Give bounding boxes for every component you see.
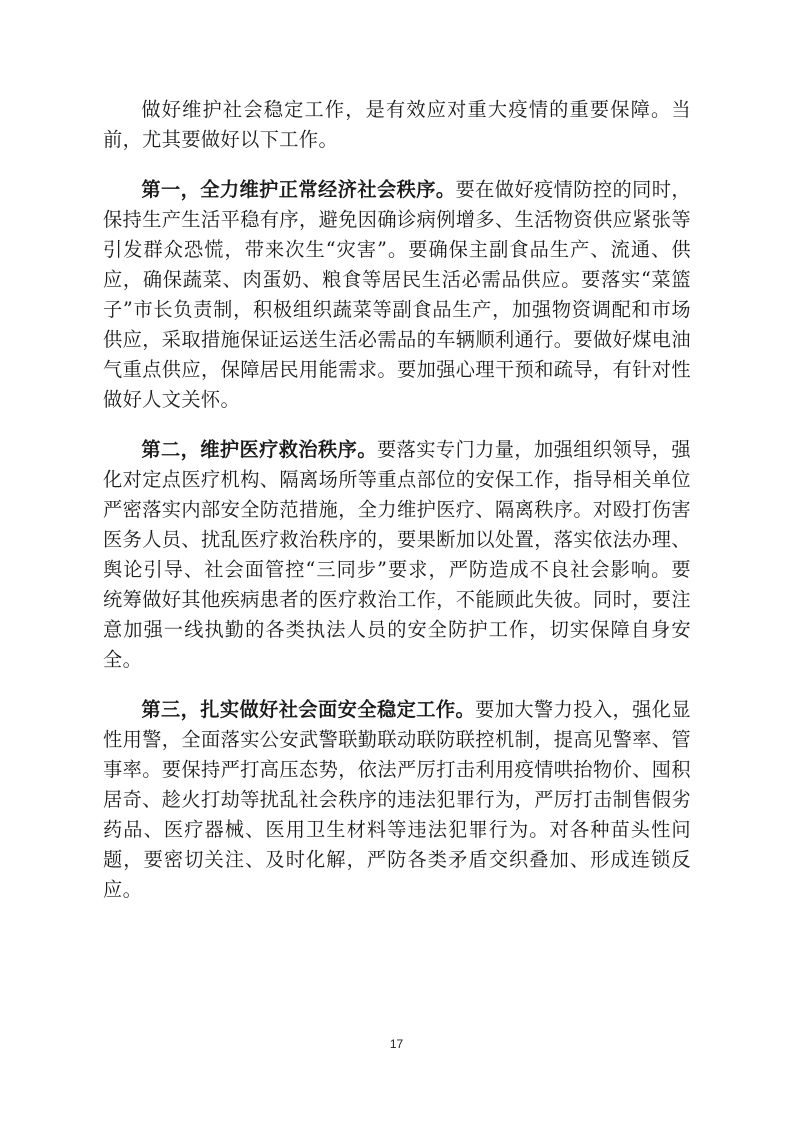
page-number: 17	[0, 1037, 793, 1051]
point-two-paragraph: 第二，维护医疗救治秩序。要落实专门力量，加强组织领导，强化对定点医疗机构、隔离场…	[103, 435, 691, 675]
point-three-paragraph: 第三，扎实做好社会面安全稳定工作。要加大警力投入，强化显性用警，全面落实公安武警…	[103, 695, 691, 905]
intro-paragraph-text: 做好维护社会稳定工作，是有效应对重大疫情的重要保障。当前，尤其要做好以下工作。	[103, 98, 691, 151]
point-two-heading: 第二，维护医疗救治秩序。	[141, 438, 377, 461]
point-one-heading: 第一，全力维护正常经济社会秩序。	[141, 178, 455, 201]
page-body: 做好维护社会稳定工作，是有效应对重大疫情的重要保障。当前，尤其要做好以下工作。 …	[103, 95, 691, 925]
point-one-paragraph: 第一，全力维护正常经济社会秩序。要在做好疫情防控的同时，保持生产生活平稳有序，避…	[103, 175, 691, 415]
point-two-text: 要落实专门力量，加强组织领导，强化对定点医疗机构、隔离场所等重点部位的安保工作，…	[103, 438, 691, 671]
intro-paragraph: 做好维护社会稳定工作，是有效应对重大疫情的重要保障。当前，尤其要做好以下工作。	[103, 95, 691, 155]
point-one-text: 要在做好疫情防控的同时，保持生产生活平稳有序，避免因确诊病例增多、生活物资供应紧…	[103, 178, 691, 411]
point-three-heading: 第三，扎实做好社会面安全稳定工作。	[141, 698, 475, 721]
point-three-text: 要加大警力投入，强化显性用警，全面落实公安武警联勤联动联防联控机制，提高见警率、…	[103, 698, 691, 901]
